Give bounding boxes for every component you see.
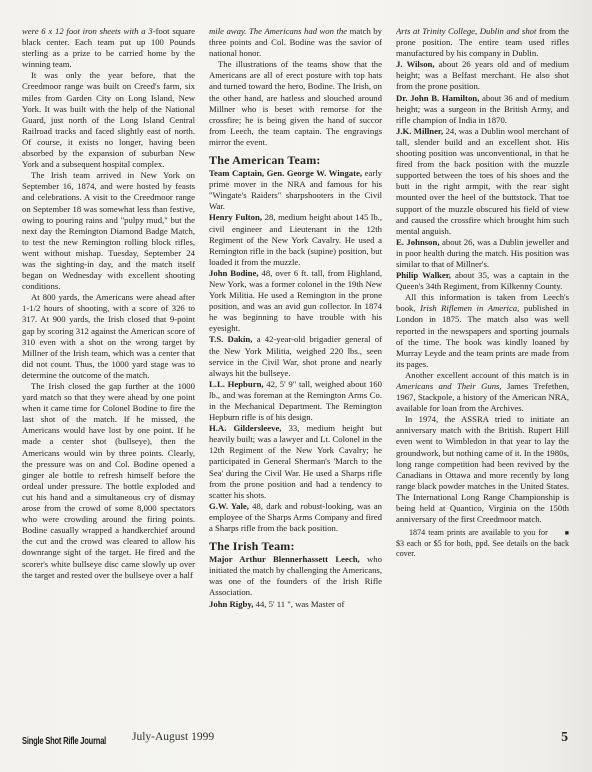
team-member-entry: Henry Fulton, 28, medium height about 14… — [209, 212, 382, 267]
continued-italic-text: mile away. The Americans had won the — [209, 26, 347, 36]
member-name: J. Wilson, — [396, 59, 435, 69]
member-name: J.K. Millner, — [396, 126, 443, 136]
team-member-entry: T.S. Dakin, a 42-year-old brigadier gene… — [209, 334, 382, 378]
book-title: Americans and Their Guns, — [396, 381, 502, 391]
article-text-columns: were 6 x 12 foot iron sheets with a 3-fo… — [22, 26, 570, 726]
team-member-entry: Philip Walker, about 35, was a captain i… — [396, 270, 569, 292]
team-member-entry: H.A. Gildersleeve, 33, medium height but… — [209, 423, 382, 501]
team-member-entry: Team Captain, Gen. George W. Wingate, ea… — [209, 168, 382, 212]
prints-availability-note: ■1874 team prints are available to you f… — [396, 528, 569, 560]
paragraph: It was only the year before, that the Cr… — [22, 70, 195, 170]
magazine-page: were 6 x 12 foot iron sheets with a 3-fo… — [0, 0, 592, 772]
member-description: 24, was a Dublin wool merchant of tall, … — [396, 126, 569, 236]
team-member-entry: E. Johnson, about 26, was a Dublin jewel… — [396, 237, 569, 270]
section-heading-irish-team: The Irish Team: — [209, 539, 382, 553]
paragraph-book-reference: All this information is taken from Leech… — [396, 292, 569, 370]
paragraph-book-reference: Another excellent account of this match … — [396, 370, 569, 414]
team-member-entry: G.W. Yale, 48, dark and robust-looking, … — [209, 501, 382, 534]
end-of-article-mark: ■ — [552, 528, 569, 539]
team-member-entry: L.L. Hepburn, 42, 5' 9" tall, weighed ab… — [209, 379, 382, 423]
member-name: G.W. Yale, — [209, 501, 249, 511]
page-number: 5 — [561, 729, 568, 745]
journal-title: Single Shot Rifle Journal — [22, 735, 106, 747]
paragraph-text: In 1974, the ASSRA tried to initiate an … — [396, 414, 569, 524]
column-2: mile away. The Americans had won the mat… — [209, 26, 382, 726]
continued-italic-text: were 6 x 12 foot iron sheets with a 3- — [22, 26, 156, 36]
column-1: were 6 x 12 foot iron sheets with a 3-fo… — [22, 26, 195, 726]
member-name: Philip Walker, — [396, 270, 451, 280]
member-name: John Rigby, — [209, 599, 253, 609]
paragraph-continued: mile away. The Americans had won the mat… — [209, 26, 382, 59]
member-name: John Bodine, — [209, 268, 259, 278]
team-member-entry: John Rigby, 44, 5' 11 ", was Master of — [209, 599, 382, 610]
paragraph: At 800 yards, the Americans were ahead a… — [22, 292, 195, 381]
paragraph: In 1974, the ASSRA tried to initiate an … — [396, 414, 569, 525]
page-footer: Single Shot Rifle Journal July-August 19… — [22, 731, 570, 751]
paragraph: The illustrations of the teams show that… — [209, 59, 382, 148]
note-text: 1874 team prints are available to you fo… — [396, 528, 569, 558]
paragraph-text: The illustrations of the teams show that… — [209, 59, 382, 147]
paragraph: The Irish closed the gap further at the … — [22, 381, 195, 581]
member-name: Dr. John B. Hamilton, — [396, 93, 479, 103]
paragraph-text: At 800 yards, the Americans were ahead a… — [22, 292, 195, 380]
paragraph: The Irish team arrived in New York on Se… — [22, 170, 195, 292]
team-member-entry: Major Arthur Blennerhassett Leech, who i… — [209, 554, 382, 598]
team-member-entry: Dr. John B. Hamilton, about 36 and of me… — [396, 93, 569, 126]
paragraph-continued: Arts at Trinity College, Dublin and shot… — [396, 26, 569, 59]
team-member-entry: J. Wilson, about 26 years old and of med… — [396, 59, 569, 92]
member-description: 44, 5' 11 ", was Master of — [256, 599, 345, 609]
continued-italic-text: Arts at Trinity College, Dublin and shot — [396, 26, 536, 36]
team-member-entry: J.K. Millner, 24, was a Dublin wool merc… — [396, 126, 569, 237]
member-description: 33, medium height but heavily built; was… — [209, 423, 382, 500]
member-name: H.A. Gildersleeve, — [209, 423, 281, 433]
paragraph-text: The Irish team arrived in New York on Se… — [22, 170, 195, 291]
paragraph-text: Another excellent account of this match … — [405, 370, 569, 380]
section-heading-american-team: The American Team: — [209, 153, 382, 167]
member-name: L.L. Hepburn, — [209, 379, 264, 389]
member-name: Henry Fulton, — [209, 212, 262, 222]
issue-date: July-August 1999 — [132, 731, 214, 743]
paragraph-text: It was only the year before, that the Cr… — [22, 70, 195, 169]
team-member-entry: John Bodine, 48, over 6 ft. tall, from H… — [209, 268, 382, 335]
member-name: T.S. Dakin, — [209, 334, 252, 344]
paragraph-continued: were 6 x 12 foot iron sheets with a 3-fo… — [22, 26, 195, 70]
column-3: Arts at Trinity College, Dublin and shot… — [396, 26, 569, 726]
member-name: E. Johnson, — [396, 237, 440, 247]
paragraph-text: The Irish closed the gap further at the … — [22, 381, 195, 580]
book-title: Irish Riflemen in America, — [420, 303, 519, 313]
member-name: Major Arthur Blennerhassett Leech, — [209, 554, 360, 564]
member-name: Team Captain, Gen. George W. Wingate, — [209, 168, 362, 178]
